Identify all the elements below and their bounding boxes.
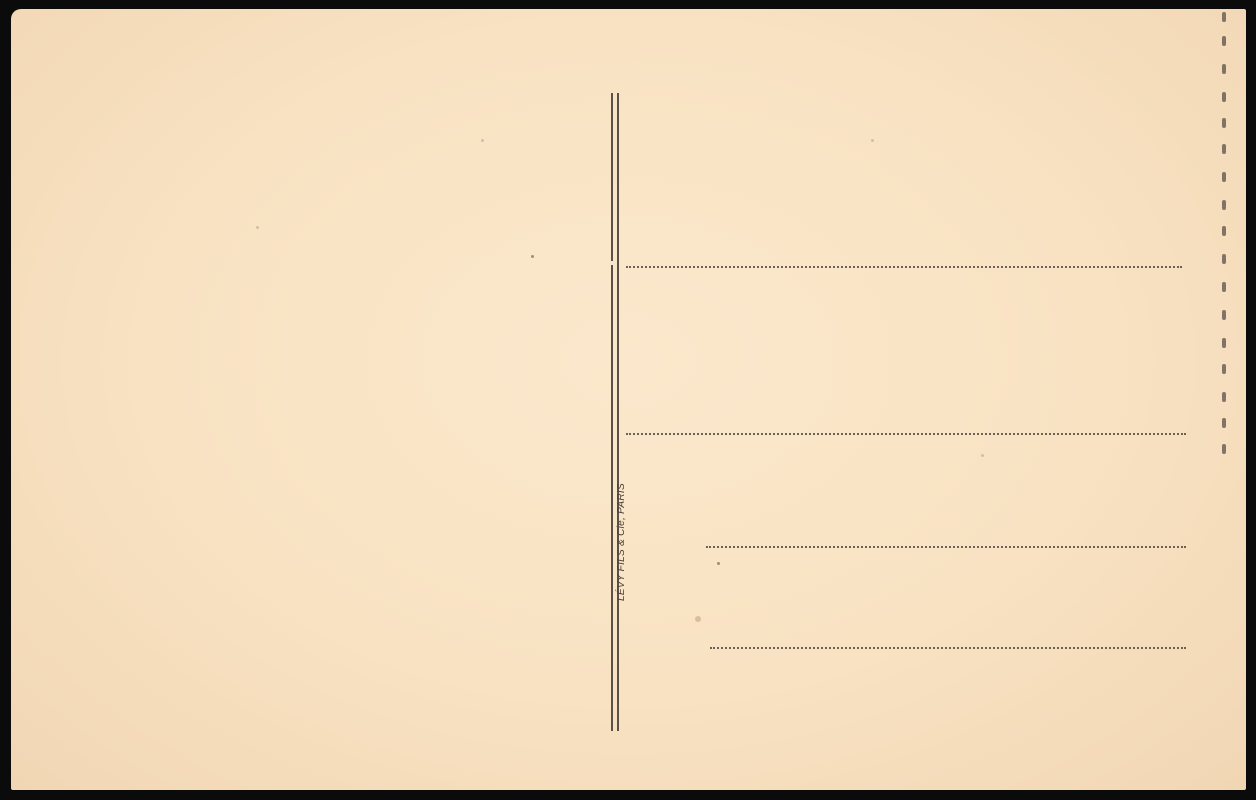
perforation-mark: [1222, 226, 1226, 236]
address-line-3: [706, 546, 1186, 548]
perforation-mark: [1222, 444, 1226, 454]
divider-line-right: [617, 93, 619, 731]
perforation-mark: [1222, 310, 1226, 320]
address-line-2: [626, 433, 1186, 435]
perforation-mark: [1222, 64, 1226, 74]
paper-speck: [871, 139, 874, 142]
paper-speck: [481, 139, 484, 142]
divider-line-left-lower: [611, 265, 613, 731]
paper-speck: [717, 562, 720, 565]
paper-speck: [256, 226, 259, 229]
perforation-mark: [1222, 92, 1226, 102]
paper-speck: [531, 255, 534, 258]
publisher-imprint: LÉVY FILS & Cie, PARIS: [616, 501, 630, 601]
perforation-mark: [1222, 282, 1226, 292]
perforation-mark: [1222, 254, 1226, 264]
divider-line-left-upper: [611, 93, 613, 261]
perforation-mark: [1222, 418, 1226, 428]
address-line-1: [626, 266, 1182, 268]
paper-speck: [981, 454, 984, 457]
perforation-mark: [1222, 144, 1226, 154]
perforation-mark: [1222, 392, 1226, 402]
perforation-mark: [1222, 36, 1226, 46]
perforation-mark: [1222, 364, 1226, 374]
perforation-mark: [1222, 118, 1226, 128]
address-line-4: [710, 647, 1186, 649]
postcard-back: LÉVY FILS & Cie, PARIS: [11, 9, 1246, 790]
perforation-mark: [1222, 200, 1226, 210]
paper-speck: [695, 616, 701, 622]
perforation-mark: [1222, 172, 1226, 182]
perforation-mark: [1222, 338, 1226, 348]
perforation-mark: [1222, 12, 1226, 22]
